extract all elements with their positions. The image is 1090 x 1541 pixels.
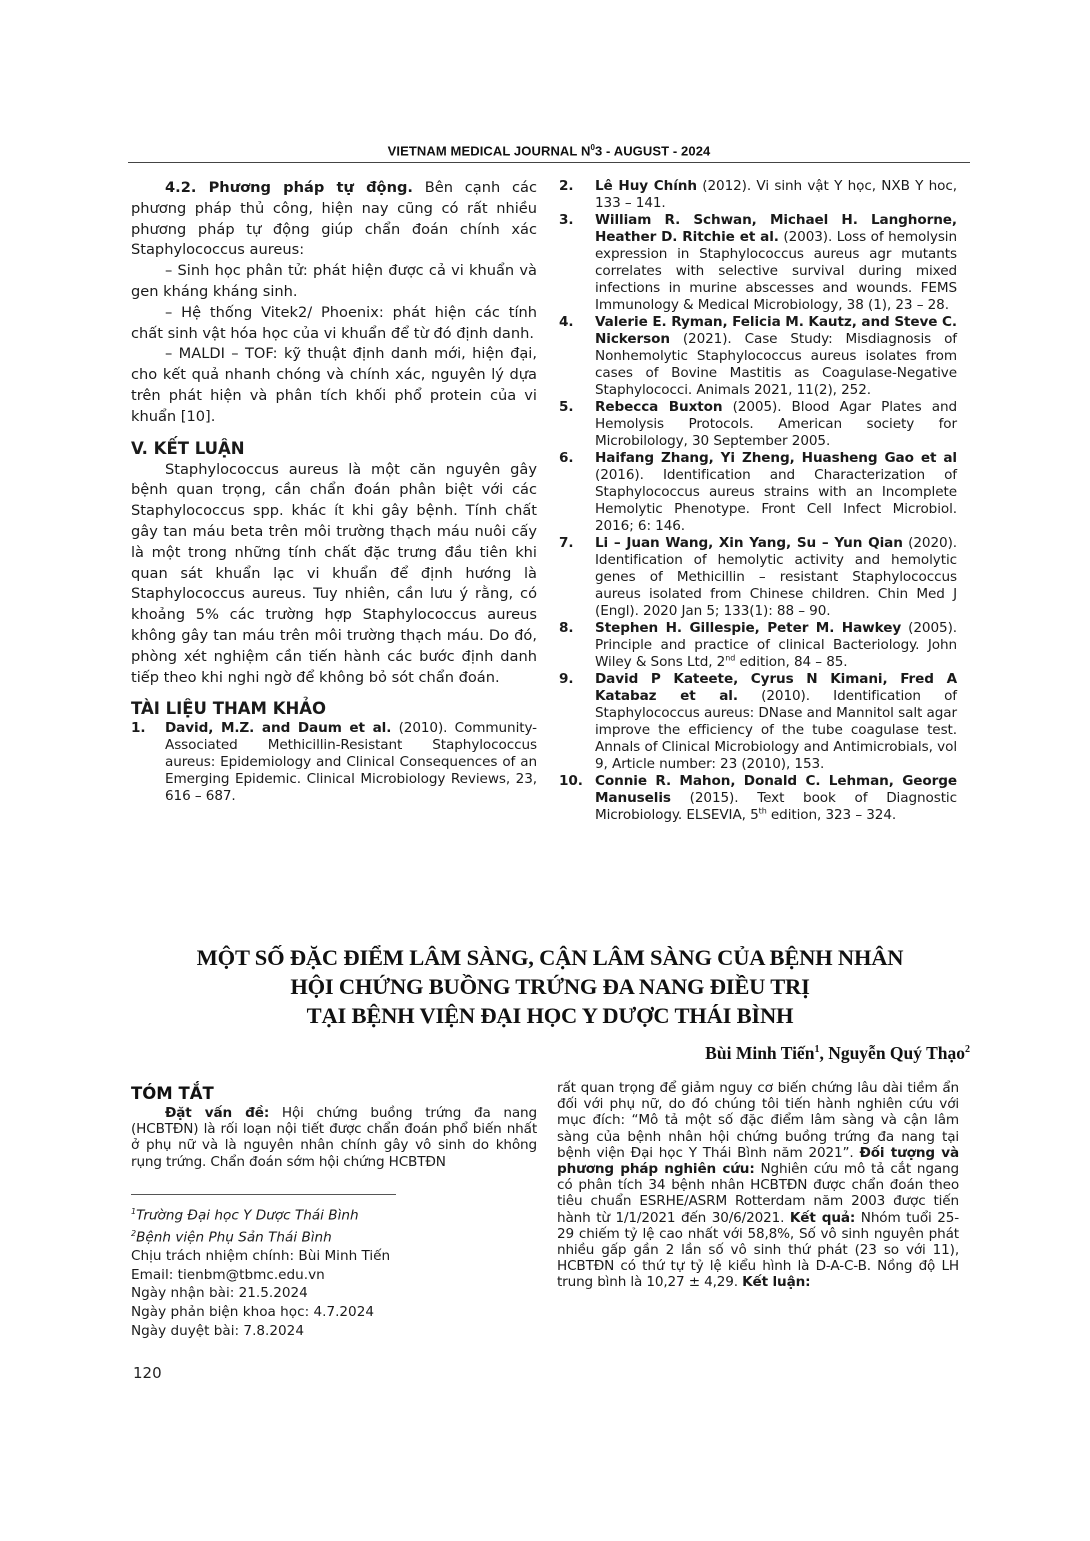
- reference-item: 8.Stephen H. Gillespie, Peter M. Hawkey …: [559, 620, 957, 671]
- reference-item: 6.Haifang Zhang, Yi Zheng, Huasheng Gao …: [559, 450, 957, 535]
- journal-header: VIETNAM MEDICAL JOURNAL N03 - AUGUST - 2…: [128, 143, 970, 163]
- abstract-right: rất quan trọng để giảm nguy cơ biến chứn…: [557, 1080, 959, 1291]
- reference-number: 10.: [559, 773, 583, 790]
- reference-authors: Stephen H. Gillespie, Peter M. Hawkey: [595, 620, 901, 636]
- received-date: Ngày nhận bài: 21.5.2024: [131, 1284, 537, 1303]
- conclusion-heading: V. KẾT LUẬN: [131, 438, 537, 460]
- author-affiliation-sup: 2: [965, 1044, 970, 1055]
- reference-item: 10.Connie R. Mahon, Donald C. Lehman, Ge…: [559, 773, 957, 824]
- accepted-date: Ngày duyệt bài: 7.8.2024: [131, 1322, 537, 1341]
- reference-number: 2.: [559, 178, 573, 195]
- reference-details-end: edition, 323 – 324.: [767, 807, 896, 823]
- author-name: Nguyễn Quý Thạo: [828, 1043, 965, 1063]
- reference-number: 6.: [559, 450, 573, 467]
- reference-number: 7.: [559, 535, 573, 552]
- right-column: 2.Lê Huy Chính (2012). Vi sinh vật Y học…: [559, 178, 957, 824]
- reference-list-right: 2.Lê Huy Chính (2012). Vi sinh vật Y học…: [559, 178, 957, 824]
- article-title-line: HỘI CHỨNG BUỒNG TRỨNG ĐA NANG ĐIỀU TRỊ: [130, 972, 970, 1001]
- results-label: Kết quả:: [790, 1210, 855, 1226]
- page-number: 120: [133, 1364, 162, 1382]
- reference-number: 3.: [559, 212, 573, 229]
- reference-details: (2016). Identification and Characterizat…: [595, 467, 957, 534]
- reference-item: 4.Valerie E. Ryman, Felicia M. Kautz, an…: [559, 314, 957, 399]
- ordinal-sup: nd: [725, 653, 735, 662]
- left-column: 4.2. Phương pháp tự động. Bên cạnh các p…: [131, 178, 537, 805]
- conclusion-label: Kết luận:: [742, 1274, 810, 1290]
- reference-details-end: edition, 84 – 85.: [735, 654, 847, 670]
- abstract-continued: rất quan trọng để giảm nguy cơ biến chứn…: [557, 1080, 959, 1291]
- reference-number: 1.: [131, 720, 145, 737]
- reference-item: 9.David P Kateete, Cyrus N Kimani, Fred …: [559, 671, 957, 773]
- reference-number: 8.: [559, 620, 573, 637]
- footnote-divider: [131, 1194, 396, 1195]
- reference-authors: Rebecca Buxton: [595, 399, 722, 415]
- reference-item: 5.Rebecca Buxton (2005). Blood Agar Plat…: [559, 399, 957, 450]
- affiliation-text: Bệnh viện Phụ Sản Thái Bình: [136, 1230, 332, 1246]
- article-authors: Bùi Minh Tiến1, Nguyễn Quý Thạo2: [705, 1043, 970, 1064]
- responsible-author: Chịu trách nhiệm chính: Bùi Minh Tiến: [131, 1247, 537, 1266]
- footnotes: 1Trường Đại học Y Dược Thái Bình 2Bệnh v…: [131, 1203, 537, 1340]
- contact-email: Email: tienbm@tbmc.edu.vn: [131, 1266, 537, 1285]
- reference-list-left: 1.David, M.Z. and Daum et al. (2010). Co…: [131, 720, 537, 805]
- abstract-heading: TÓM TẮT: [131, 1084, 537, 1104]
- reviewed-date: Ngày phản biện khoa học: 4.7.2024: [131, 1303, 537, 1322]
- reference-number: 9.: [559, 671, 573, 688]
- conclusion-text: Staphylococcus aureus là một căn nguyên …: [131, 460, 537, 689]
- reference-number: 4.: [559, 314, 573, 331]
- article-title: MỘT SỐ ĐẶC ĐIỂM LÂM SÀNG, CẬN LÂM SÀNG C…: [130, 943, 970, 1030]
- bullet-item: – Hệ thống Vitek2/ Phoenix: phát hiện cá…: [131, 303, 537, 345]
- reference-item: 1.David, M.Z. and Daum et al. (2010). Co…: [131, 720, 537, 805]
- reference-authors: David, M.Z. and Daum et al.: [165, 720, 391, 736]
- affiliation-1: 1Trường Đại học Y Dược Thái Bình: [131, 1203, 537, 1225]
- section-4-2-heading: 4.2. Phương pháp tự động.: [165, 179, 413, 196]
- background-label: Đặt vấn đề:: [165, 1105, 269, 1121]
- article-title-line: TẠI BỆNH VIỆN ĐẠI HỌC Y DƯỢC THÁI BÌNH: [130, 1001, 970, 1030]
- affiliation-2: 2Bệnh viện Phụ Sản Thái Bình: [131, 1225, 537, 1247]
- article-title-line: MỘT SỐ ĐẶC ĐIỂM LÂM SÀNG, CẬN LÂM SÀNG C…: [130, 943, 970, 972]
- reference-authors: Li – Juan Wang, Xin Yang, Su – Yun Qian: [595, 535, 903, 551]
- author-separator: ,: [819, 1043, 828, 1063]
- abstract-left: TÓM TẮT Đặt vấn đề: Hội chứng buồng trứn…: [131, 1080, 537, 1170]
- author-name: Bùi Minh Tiến: [705, 1043, 814, 1063]
- journal-name: VIETNAM MEDICAL JOURNAL N: [388, 143, 591, 158]
- section-4-2: 4.2. Phương pháp tự động. Bên cạnh các p…: [131, 178, 537, 261]
- reference-item: 7.Li – Juan Wang, Xin Yang, Su – Yun Qia…: [559, 535, 957, 620]
- affiliation-text: Trường Đại học Y Dược Thái Bình: [136, 1208, 359, 1224]
- abstract-background: Đặt vấn đề: Hội chứng buồng trứng đa nan…: [131, 1105, 537, 1170]
- reference-item: 3.William R. Schwan, Michael H. Langhorn…: [559, 212, 957, 314]
- reference-number: 5.: [559, 399, 573, 416]
- bullet-item: – MALDI – TOF: kỹ thuật định danh mới, h…: [131, 344, 537, 427]
- journal-issue: 3 - AUGUST - 2024: [595, 143, 710, 158]
- reference-authors: Haifang Zhang, Yi Zheng, Huasheng Gao et…: [595, 450, 957, 466]
- bullet-item: – Sinh học phân tử: phát hiện được cả vi…: [131, 261, 537, 303]
- references-heading: TÀI LIỆU THAM KHẢO: [131, 698, 537, 720]
- reference-item: 2.Lê Huy Chính (2012). Vi sinh vật Y học…: [559, 178, 957, 212]
- reference-authors: Lê Huy Chính: [595, 178, 697, 194]
- ordinal-sup: th: [759, 806, 767, 815]
